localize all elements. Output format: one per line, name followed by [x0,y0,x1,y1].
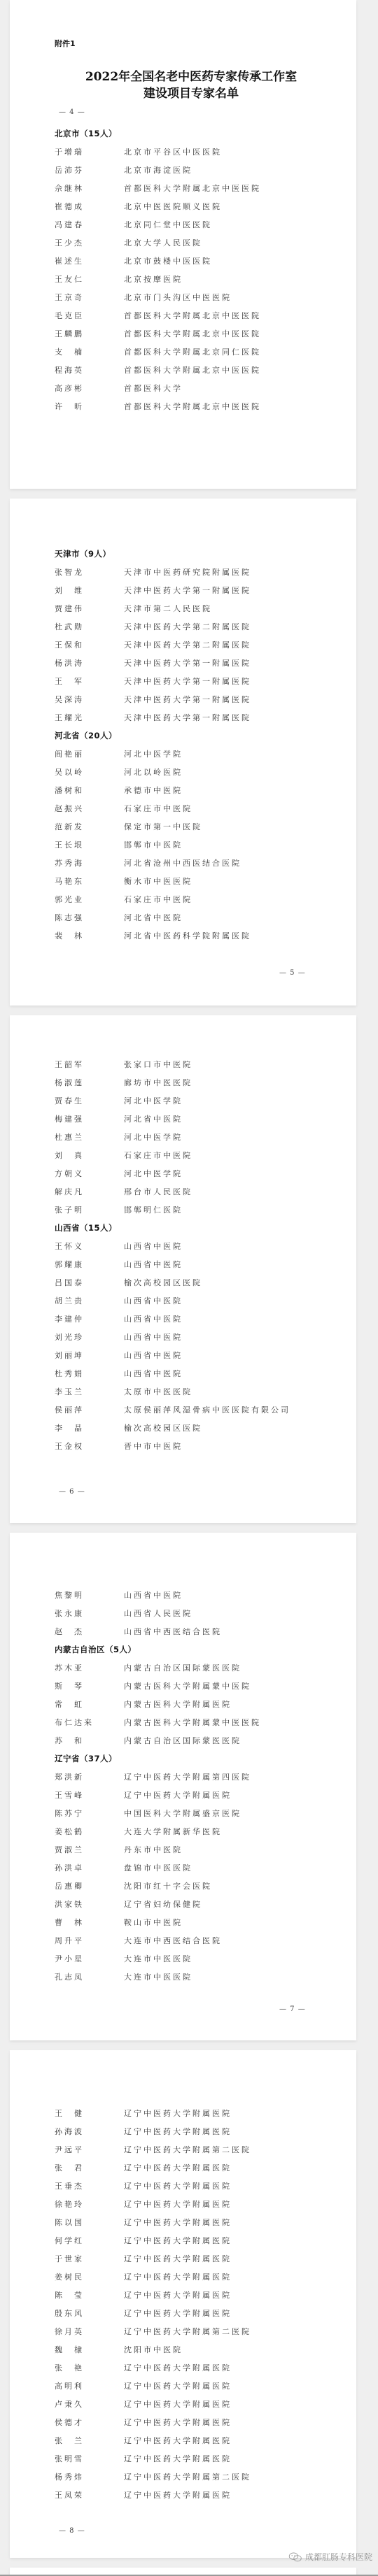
expert-name: 苏 和 [55,1735,124,1746]
region-heading: 天津市（9人） [55,545,349,563]
expert-institution: 沈阳市红十字会医院 [124,1880,349,1891]
expert-name: 苏秀海 [55,857,124,868]
expert-institution: 山西省中医院 [124,1259,349,1270]
expert-row: 杜武勋天津中医药大学第二附属医院 [55,617,349,636]
expert-row: 岳惠卿沈阳市红十字会医院 [55,1877,349,1895]
expert-institution: 天津中医药大学第一附属医院 [124,657,349,668]
expert-name: 张 兰 [55,2435,124,2446]
expert-name: 胡兰贵 [55,1295,124,1306]
expert-row: 徐艳玲辽宁中医药大学附属医院 [55,2195,349,2213]
expert-row: 周升平大连市中西医结合医院 [55,1931,349,1949]
expert-row: 解庆凡邢台市人民医院 [55,1182,349,1201]
expert-row: 孔志凤大连市中医医院 [55,1968,349,1986]
expert-institution: 榆次高校园区医院 [124,1422,349,1433]
watermark: 成都肛肠专科医院 [288,2551,372,2563]
region-heading: 辽宁省（37人） [55,1749,349,1768]
expert-name: 王凤荣 [55,2489,124,2500]
document-page-5: 天津市（9人）张智龙天津市中医药研究院附属医院刘 维天津中医药大学第一附属医院贾… [10,499,356,1006]
expert-name: 孔志凤 [55,1971,124,1982]
expert-row: 陈志强河北省中医院 [55,908,349,926]
expert-institution: 北京大学人民医院 [124,237,349,248]
expert-institution: 鞍山市中医院 [124,1917,349,1928]
expert-row: 杨淑莲廊坊市中医医院 [55,1073,349,1092]
expert-row: 于增瑞北京市平谷区中医医院 [55,143,349,161]
expert-list: 天津市（9人）张智龙天津市中医药研究院附属医院刘 维天津中医药大学第一附属医院贾… [55,545,349,945]
expert-row: 佘继林首都医科大学附属北京中医医院 [55,179,349,197]
expert-institution: 北京同仁堂中医医院 [124,219,349,230]
attachment-label: 附件1 [55,38,76,49]
expert-institution: 北京按摩医院 [124,273,349,285]
expert-institution: 辽宁中医药大学附属医院 [124,2489,349,2500]
expert-institution: 辽宁省妇幼保健院 [124,1898,349,1910]
expert-institution: 辽宁中医药大学附属医院 [124,2362,349,2373]
expert-institution: 天津中医药大学第一附属医院 [124,585,349,596]
page-number: — 5 — [279,969,306,977]
expert-list: 焦黎明山西省中医院张永康山西省人民医院赵 杰山西省中西医结合医院内蒙古自治区（5… [55,1586,349,1986]
expert-name: 张子明 [55,1204,124,1215]
expert-name: 阎艳丽 [55,748,124,759]
expert-name: 魏 棣 [55,2344,124,2355]
expert-row: 高明利辽宁中医药大学附属医院 [55,2377,349,2395]
expert-name: 李玉兰 [55,1386,124,1397]
expert-row: 陈以国辽宁中医药大学附属医院 [55,2213,349,2231]
page-number: — 7 — [279,2005,306,2013]
expert-row: 赵振兴石家庄市中医院 [55,799,349,817]
expert-institution: 大连市中医医院 [124,1971,349,1982]
expert-row: 殷东风辽宁中医药大学附属医院 [55,2304,349,2322]
expert-row: 杨洪涛天津中医药大学第一附属医院 [55,654,349,672]
expert-row: 斯 琴内蒙古医科大学附属蒙中医院 [55,1677,349,1695]
expert-name: 周升平 [55,1935,124,1946]
expert-row: 王友仁北京按摩医院 [55,270,349,288]
expert-name: 尹小星 [55,1953,124,1964]
expert-row: 梅建强河北省中医院 [55,1110,349,1128]
expert-name: 高彦彬 [55,382,124,394]
expert-name: 殷东风 [55,2307,124,2319]
expert-name: 常 虹 [55,1698,124,1710]
expert-row: 徐月英辽宁中医药大学附属第二医院 [55,2322,349,2340]
expert-row: 尹远平辽宁中医药大学附属第二医院 [55,2140,349,2159]
expert-list: 北京市（15人）于增瑞北京市平谷区中医医院岳沛芬北京市海淀医院佘继林首都医科大学… [55,124,349,415]
expert-name: 贾淑兰 [55,1844,124,1855]
expert-name: 尹远平 [55,2144,124,2155]
expert-row: 马艳东衡水市中医医院 [55,872,349,890]
expert-institution: 辽宁中医药大学附属医院 [124,2289,349,2300]
expert-row: 王麟鹏首都医科大学附属北京中医医院 [55,324,349,343]
expert-name: 陈以国 [55,2217,124,2228]
expert-institution: 石家庄市中医院 [124,894,349,905]
expert-row: 王雪峰辽宁中医药大学附属医院 [55,1786,349,1804]
expert-name: 许 昕 [55,401,124,412]
expert-row: 王耀光天津中医药大学第一附属医院 [55,708,349,727]
expert-institution: 太原市中医医院 [124,1386,349,1397]
expert-row: 苏木亚内蒙古自治区国际蒙医医院 [55,1659,349,1677]
expert-institution: 首都医科大学附属北京中医医院 [124,328,349,339]
expert-name: 王耀光 [55,712,124,723]
expert-name: 潘树和 [55,785,124,796]
expert-institution: 大连市中西医结合医院 [124,1935,349,1946]
expert-row: 张永康山西省人民医院 [55,1604,349,1622]
expert-name: 苏木亚 [55,1662,124,1673]
expert-row: 郑洪新辽宁中医药大学附属第四医院 [55,1768,349,1786]
expert-name: 张 艳 [55,2362,124,2373]
expert-row: 郭光业石家庄市中医院 [55,890,349,908]
expert-name: 王 军 [55,675,124,687]
expert-institution: 天津中医药大学第一附属医院 [124,694,349,705]
expert-row: 贾淑兰丹东市中医院 [55,1840,349,1859]
expert-institution: 中国医科大学附属盛京医院 [124,1808,349,1819]
expert-institution: 邢台市人民医院 [124,1186,349,1197]
expert-row: 刘 真石家庄市中医院 [55,1146,349,1164]
expert-institution: 山西省中医院 [124,1295,349,1306]
expert-institution: 河北中医学院 [124,1095,349,1106]
watermark-text: 成都肛肠专科医院 [305,2551,372,2563]
expert-name: 赵振兴 [55,803,124,814]
region-heading: 北京市（15人） [55,124,349,143]
expert-institution: 首都医科大学附属北京中医医院 [124,401,349,412]
expert-name: 王韶军 [55,1059,124,1070]
document-page-6: 王韶军张家口市中医院杨淑莲廊坊市中医医院贾春生河北中医学院梅建强河北省中医院杜惠… [10,1015,356,1523]
expert-institution: 北京中医医院顺义医院 [124,201,349,212]
expert-institution: 山西省人民医院 [124,1608,349,1619]
expert-row: 李建仲山西省中医院 [55,1310,349,1328]
expert-institution: 内蒙古自治区国际蒙医医院 [124,1662,349,1673]
expert-name: 毛克臣 [55,310,124,321]
expert-institution: 廊坊市中医医院 [124,1077,349,1088]
title-line-1: 2022年全国名老中医药专家传承工作室 [26,69,356,85]
expert-row: 胡兰贵山西省中医院 [55,1291,349,1310]
expert-name: 王垂杰 [55,2180,124,2191]
expert-row: 张明雪辽宁中医药大学附属医院 [55,2449,349,2468]
expert-row: 王长垠邯郸市中医院 [55,836,349,854]
expert-name: 冯建春 [55,219,124,230]
expert-name: 崔述生 [55,255,124,266]
expert-name: 郭光业 [55,894,124,905]
expert-institution: 石家庄市中医院 [124,1150,349,1161]
expert-institution: 辽宁中医药大学附属医院 [124,2180,349,2191]
expert-name: 吴深涛 [55,694,124,705]
region-heading: 河北省（20人） [55,727,349,745]
expert-row: 布仁达来内蒙古医科大学附属蒙中医医院 [55,1713,349,1731]
expert-institution: 辽宁中医药大学附属医院 [124,1789,349,1801]
expert-row: 潘树和承德市中医院 [55,781,349,799]
expert-institution: 首都医科大学附属北京中医医院 [124,183,349,194]
expert-name: 姜松鹤 [55,1826,124,1837]
expert-name: 马艳东 [55,875,124,887]
expert-row: 吕国泰榆次高校园区医院 [55,1273,349,1291]
expert-institution: 北京市平谷区中医医院 [124,146,349,157]
expert-name: 孙洪卓 [55,1862,124,1873]
expert-name: 王麟鹏 [55,328,124,339]
expert-institution: 山西省中医院 [124,1350,349,1361]
expert-name: 王雪峰 [55,1789,124,1801]
expert-institution: 保定市第一中医院 [124,821,349,832]
expert-row: 陈 莹辽宁中医药大学附属医院 [55,2286,349,2304]
expert-name: 崔德成 [55,201,124,212]
document-page-4: 附件1 2022年全国名老中医药专家传承工作室 建设项目专家名单 北京市（15人… [10,0,356,489]
expert-row: 裴 林河北省中医药科学院附属医院 [55,926,349,945]
expert-institution: 大连市中医医院 [124,1953,349,1964]
expert-name: 李 晶 [55,1422,124,1433]
expert-row: 姜松鹤大连大学附属新华医院 [55,1822,349,1840]
expert-institution: 承德市中医院 [124,785,349,796]
expert-row: 王凤荣辽宁中医药大学附属医院 [55,2486,349,2504]
expert-name: 吴以岭 [55,766,124,778]
expert-name: 杜惠兰 [55,1131,124,1143]
wechat-icon [288,2552,302,2562]
expert-name: 杜秀娟 [55,1368,124,1379]
expert-name: 于世家 [55,2253,124,2264]
document-title: 2022年全国名老中医药专家传承工作室 建设项目专家名单 [10,69,356,102]
expert-institution: 北京市海淀医院 [124,164,349,176]
expert-institution: 山西省中医院 [124,1589,349,1601]
region-heading: 内蒙古自治区（5人） [55,1640,349,1659]
expert-row: 许 昕首都医科大学附属北京中医医院 [55,397,349,415]
expert-institution: 天津市第二人民医院 [124,603,349,614]
expert-name: 王 健 [55,2108,124,2119]
expert-name: 王怀义 [55,1240,124,1252]
expert-institution: 榆次高校园区医院 [124,1277,349,1288]
expert-row: 岳沛芬北京市海淀医院 [55,161,349,179]
title-line-2: 建设项目专家名单 [26,85,356,102]
expert-name: 方朝义 [55,1168,124,1179]
expert-row: 侯丽萍太原侯丽萍风湿骨病中医医院有限公司 [55,1401,349,1419]
expert-name: 李建仲 [55,1313,124,1324]
expert-name: 支 楠 [55,346,124,357]
expert-name: 刘 维 [55,585,124,596]
expert-name: 吕国泰 [55,1277,124,1288]
expert-institution: 北京市门头沟区中医医院 [124,292,349,303]
expert-institution: 辽宁中医药大学附属医院 [124,2162,349,2173]
expert-row: 程海英首都医科大学附属北京中医医院 [55,361,349,379]
expert-row: 贾建伟天津市第二人民医院 [55,599,349,617]
expert-row: 崔述生北京市鼓楼中医医院 [55,252,349,270]
expert-institution: 辽宁中医药大学附属医院 [124,2235,349,2246]
expert-institution: 山西省中医院 [124,1368,349,1379]
expert-institution: 河北中医学院 [124,1168,349,1179]
expert-name: 范新发 [55,821,124,832]
expert-row: 李 晶榆次高校园区医院 [55,1419,349,1437]
expert-name: 孙海波 [55,2126,124,2137]
expert-row: 贾春生河北中医学院 [55,1092,349,1110]
expert-name: 佘继林 [55,183,124,194]
expert-institution: 首都医科大学附属北京同仁医院 [124,346,349,357]
page-number: — 6 — [59,1488,85,1496]
expert-institution: 石家庄市中医院 [124,803,349,814]
expert-institution: 首都医科大学附属北京中医医院 [124,364,349,375]
expert-row: 高彦彬首都医科大学 [55,379,349,397]
expert-institution: 天津中医药大学第二附属医院 [124,621,349,632]
expert-name: 张明雪 [55,2453,124,2464]
expert-row: 何学红辽宁中医药大学附属医院 [55,2231,349,2249]
expert-institution: 沈阳市中医院 [124,2344,349,2355]
expert-institution: 天津中医药大学第一附属医院 [124,675,349,687]
expert-name: 曹 林 [55,1917,124,1928]
expert-institution: 辽宁中医药大学附属医院 [124,2108,349,2119]
expert-row: 王 健辽宁中医药大学附属医院 [55,2104,349,2122]
expert-row: 郭耀康山西省中医院 [55,1255,349,1273]
expert-institution: 内蒙古医科大学附属蒙中医医院 [124,1717,349,1728]
expert-name: 王京奇 [55,292,124,303]
expert-institution: 辽宁中医药大学附属医院 [124,2417,349,2428]
expert-name: 斯 琴 [55,1680,124,1691]
expert-row: 刘 维天津中医药大学第一附属医院 [55,581,349,599]
expert-row: 王京奇北京市门头沟区中医医院 [55,288,349,306]
expert-row: 张 艳辽宁中医药大学附属医院 [55,2359,349,2377]
expert-row: 支 楠首都医科大学附属北京同仁医院 [55,343,349,361]
expert-institution: 辽宁中医药大学附属医院 [124,2253,349,2264]
region-heading: 山西省（15人） [55,1219,349,1237]
expert-name: 贾春生 [55,1095,124,1106]
expert-institution: 辽宁中医药大学附属第二医院 [124,2144,349,2155]
expert-name: 贾建伟 [55,603,124,614]
expert-row: 洪家铁辽宁省妇幼保健院 [55,1895,349,1913]
expert-institution: 大连大学附属新华医院 [124,1826,349,1837]
expert-name: 杜武勋 [55,621,124,632]
expert-name: 侯德才 [55,2417,124,2428]
expert-row: 李玉兰太原市中医医院 [55,1382,349,1401]
expert-institution: 辽宁中医药大学附属医院 [124,2380,349,2391]
expert-row: 杜惠兰河北中医学院 [55,1128,349,1146]
expert-institution: 内蒙古医科大学附属医院 [124,1698,349,1710]
expert-row: 苏秀海河北省沧州中西医结合医院 [55,854,349,872]
expert-row: 卢秉久辽宁中医药大学附属医院 [55,2395,349,2413]
expert-row: 赵 杰山西省中西医结合医院 [55,1622,349,1640]
expert-institution: 辽宁中医药大学附属第二医院 [124,2471,349,2482]
expert-institution: 盘锦市中医医院 [124,1862,349,1873]
expert-row: 王金权晋中市中医院 [55,1437,349,1455]
expert-institution: 河北省中医院 [124,912,349,923]
document-page-8: 王 健辽宁中医药大学附属医院孙海波辽宁中医药大学附属医院尹远平辽宁中医药大学附属… [10,2050,356,2558]
expert-institution: 河北省沧州中西医结合医院 [124,857,349,868]
expert-name: 徐月英 [55,2326,124,2337]
expert-institution: 山西省中医院 [124,1240,349,1252]
expert-name: 陈苏宁 [55,1808,124,1819]
expert-name: 王友仁 [55,273,124,285]
expert-row: 刘丽坤山西省中医院 [55,1346,349,1364]
expert-name: 郭耀康 [55,1259,124,1270]
expert-name: 王保和 [55,639,124,650]
expert-name: 焦黎明 [55,1589,124,1601]
expert-name: 解庆凡 [55,1186,124,1197]
expert-institution: 山西省中医院 [124,1313,349,1324]
expert-name: 杨秀炜 [55,2471,124,2482]
expert-row: 王垂杰辽宁中医药大学附属医院 [55,2177,349,2195]
expert-row: 常 虹内蒙古医科大学附属医院 [55,1695,349,1713]
expert-institution: 天津中医药大学第一附属医院 [124,712,349,723]
expert-row: 张子明邯郸明仁医院 [55,1201,349,1219]
expert-name: 陈志强 [55,912,124,923]
expert-name: 何学红 [55,2235,124,2246]
expert-list: 王 健辽宁中医药大学附属医院孙海波辽宁中医药大学附属医院尹远平辽宁中医药大学附属… [55,2104,349,2504]
expert-institution: 辽宁中医药大学附属第二医院 [124,2326,349,2337]
expert-name: 裴 林 [55,930,124,941]
expert-institution: 北京市鼓楼中医医院 [124,255,349,266]
expert-row: 苏 和内蒙古自治区国际蒙医医院 [55,1731,349,1749]
expert-institution: 山西省中西医结合医院 [124,1626,349,1637]
expert-institution: 丹东市中医院 [124,1844,349,1855]
expert-institution: 邯郸市中医院 [124,839,349,850]
expert-institution: 辽宁中医药大学附属医院 [124,2126,349,2137]
expert-row: 王 军天津中医药大学第一附属医院 [55,672,349,690]
expert-institution: 辽宁中医药大学附属医院 [124,2271,349,2282]
expert-row: 焦黎明山西省中医院 [55,1586,349,1604]
expert-institution: 内蒙古医科大学附属蒙中医院 [124,1680,349,1691]
expert-institution: 山西省中医院 [124,1331,349,1343]
expert-name: 杨淑莲 [55,1077,124,1088]
expert-name: 卢秉久 [55,2398,124,2410]
expert-name: 张智龙 [55,566,124,578]
expert-row: 王少杰北京大学人民医院 [55,234,349,252]
expert-institution: 河北以岭医院 [124,766,349,778]
expert-row: 范新发保定市第一中医院 [55,817,349,836]
document-page-7: 焦黎明山西省中医院张永康山西省人民医院赵 杰山西省中西医结合医院内蒙古自治区（5… [10,1533,356,2040]
expert-row: 魏 棣沈阳市中医院 [55,2340,349,2359]
expert-name: 王长垠 [55,839,124,850]
expert-institution: 天津中医药大学第二附属医院 [124,639,349,650]
expert-row: 方朝义河北中医学院 [55,1164,349,1182]
expert-institution: 天津市中医药研究院附属医院 [124,566,349,578]
expert-row: 张 兰辽宁中医药大学附属医院 [55,2431,349,2449]
expert-institution: 辽宁中医药大学附属医院 [124,2453,349,2464]
expert-name: 程海英 [55,364,124,375]
expert-name: 赵 杰 [55,1626,124,1637]
expert-name: 岳惠卿 [55,1880,124,1891]
expert-row: 吴以岭河北以岭医院 [55,763,349,781]
expert-name: 王金权 [55,1440,124,1452]
page-number: — 4 — [59,108,85,116]
expert-row: 杨秀炜辽宁中医药大学附属第二医院 [55,2468,349,2486]
expert-row: 张智龙天津市中医药研究院附属医院 [55,563,349,581]
expert-name: 郑洪新 [55,1771,124,1782]
expert-row: 王韶军张家口市中医院 [55,1055,349,1073]
expert-row: 王保和天津中医药大学第二附属医院 [55,636,349,654]
expert-name: 侯丽萍 [55,1404,124,1415]
expert-name: 姜树民 [55,2271,124,2282]
expert-institution: 辽宁中医药大学附属第四医院 [124,1771,349,1782]
expert-name: 张 君 [55,2162,124,2173]
expert-row: 王怀义山西省中医院 [55,1237,349,1255]
expert-name: 刘丽坤 [55,1350,124,1361]
expert-name: 刘光珍 [55,1331,124,1343]
expert-name: 梅建强 [55,1113,124,1124]
expert-institution: 邯郸明仁医院 [124,1204,349,1215]
expert-institution: 辽宁中医药大学附属医院 [124,2398,349,2410]
page-number: — 8 — [59,2527,85,2535]
expert-institution: 辽宁中医药大学附属医院 [124,2435,349,2446]
expert-institution: 张家口市中医院 [124,1059,349,1070]
expert-name: 于增瑞 [55,146,124,157]
expert-institution: 河北中医学院 [124,1131,349,1143]
expert-row: 陈苏宁中国医科大学附属盛京医院 [55,1804,349,1822]
expert-name: 高明利 [55,2380,124,2391]
expert-name: 王少杰 [55,237,124,248]
expert-row: 张 君辽宁中医药大学附属医院 [55,2159,349,2177]
expert-row: 侯德才辽宁中医药大学附属医院 [55,2413,349,2431]
expert-name: 陈 莹 [55,2289,124,2300]
expert-institution: 辽宁中医药大学附属医院 [124,2307,349,2319]
expert-row: 尹小星大连市中医医院 [55,1949,349,1968]
expert-row: 姜树民辽宁中医药大学附属医院 [55,2268,349,2286]
expert-institution: 河北省中医药科学院附属医院 [124,930,349,941]
expert-list: 王韶军张家口市中医院杨淑莲廊坊市中医医院贾春生河北中医学院梅建强河北省中医院杜惠… [55,1055,349,1455]
expert-row: 杜秀娟山西省中医院 [55,1364,349,1382]
expert-institution: 辽宁中医药大学附属医院 [124,2217,349,2228]
expert-institution: 太原侯丽萍风湿骨病中医医院有限公司 [124,1404,349,1415]
expert-institution: 内蒙古自治区国际蒙医医院 [124,1735,349,1746]
expert-name: 布仁达来 [55,1717,124,1728]
expert-institution: 衡水市中医医院 [124,875,349,887]
